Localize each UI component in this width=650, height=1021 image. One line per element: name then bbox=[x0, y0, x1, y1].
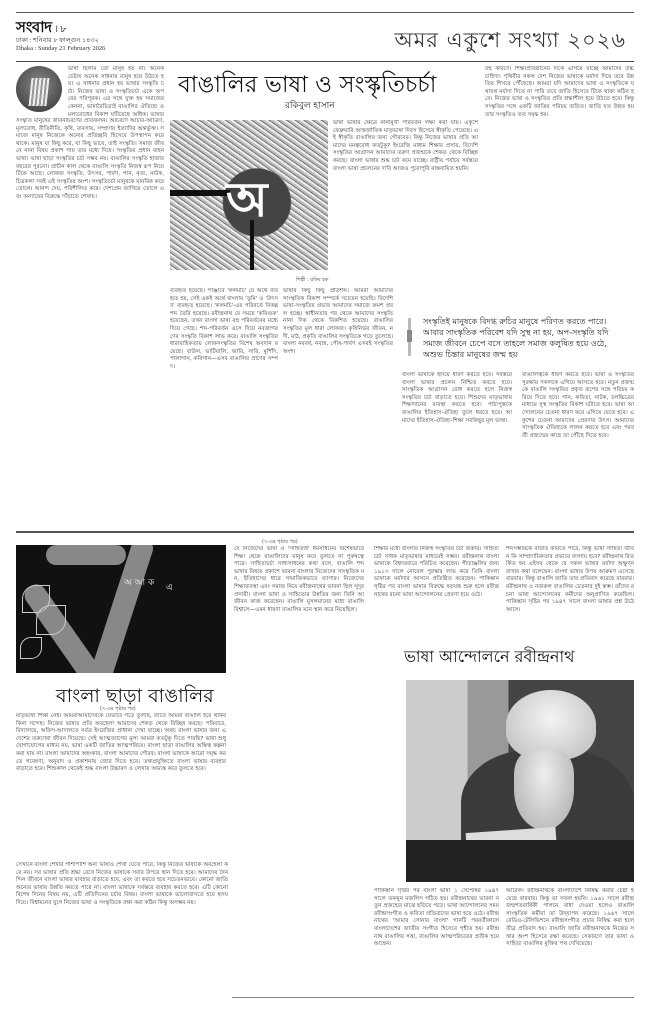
date-english: Dhaka : Sunday 21 February 2026 bbox=[16, 45, 105, 53]
article3-column-1: যে নিজেদের ভাষা ও 'সাহিত্যই' ধর্মসাধনের … bbox=[234, 546, 364, 992]
article2-column-1-continued: সেখানে বাংলা শেখার পাশাপাশি অন্য ভাষাও শ… bbox=[16, 862, 228, 992]
bengali-letters-icon: এ bbox=[166, 580, 173, 595]
photo-beard bbox=[514, 750, 574, 830]
date-bangla: ঢাকা : শনিবার ৮ ফাল্গুন ১৪৩২ bbox=[16, 37, 105, 45]
leaf-ornament-icon bbox=[20, 637, 42, 659]
article1-column-2: ব্যবহৃত হয়েছে। পাঞ্জাবে 'কলমচি' যে অর্থ… bbox=[170, 288, 278, 513]
article1-intro: ভাষা ছিলাম তো মানুষ হয় না। অনেক চেষ্টায… bbox=[68, 66, 164, 116]
bottom-rule bbox=[232, 997, 634, 998]
article1-column-1: সংস্কৃতি মানুষের জীবনাচরণের প্রতিফলন। আচ… bbox=[16, 118, 164, 513]
brush-stroke bbox=[170, 190, 230, 196]
grey-band bbox=[46, 545, 126, 565]
article1-illustration: অ bbox=[170, 120, 328, 270]
illustration-caption: শিল্পী : রকিব হক bbox=[296, 277, 328, 285]
article2-illustration: অ আ ক এ bbox=[16, 545, 226, 673]
article1-column-3: ভাষার কিছু কিছু প্রতিশব্দ। আমরা আমাদের স… bbox=[283, 288, 393, 513]
tagore-photo bbox=[406, 680, 634, 882]
article3-column-3: শব্দসম্ভারকে বর্জিত করিতে পারে, কিন্তু ভ… bbox=[506, 546, 634, 628]
masthead: সংবাদ। ৮ ঢাকা : শনিবার ৮ ফাল্গুন ১৪৩২ Dh… bbox=[16, 12, 634, 62]
pull-quote: সংস্কৃতিই মানুষকে বিদগ্ধ রুচির মানুষে পর… bbox=[423, 316, 628, 360]
pull-quote-marker bbox=[408, 318, 411, 356]
dateline: ঢাকা : শনিবার ৮ ফাল্গুন ১৪৩২ Dhaka : Sun… bbox=[16, 37, 105, 53]
article1-column-7: বাঙালিত্বকে ধারণ করতে হবে। ভাষা ও সংস্কৃ… bbox=[522, 372, 634, 512]
article1-byline: রকিবুল হাসান bbox=[285, 98, 335, 113]
article1-column-5: বহু কারণে। শিক্ষাপ্রতিষ্ঠানের দিকে এগিয়… bbox=[485, 66, 634, 311]
page-number: । ৮ bbox=[54, 24, 66, 35]
article2-column-1: মাতৃভাষা শিক্ষা নেই। আমরাআমাদেরকে যেভাবে… bbox=[16, 713, 226, 863]
shaheed-minar-icon bbox=[29, 78, 50, 106]
leaf-ornament-icon bbox=[36, 605, 66, 635]
article1-column-6: বাংলা ভাষাকে হৃদয়ে ধারণ করতে হবে। সর্বস… bbox=[402, 372, 512, 512]
article1-column-4: ভাষা ভাষার ক্ষেত্রে নানামুখী পরিবর্তন লক… bbox=[333, 120, 478, 310]
article3-headline[interactable]: ভাষা আন্দোলনে রবীন্দ্রনাথ bbox=[404, 644, 574, 671]
bengali-letter-a-icon: অ bbox=[226, 164, 268, 243]
article3-column-5: আরেক। রবীন্দ্রনাথকে বাংলাদেশে নিষিদ্ধ কর… bbox=[506, 888, 634, 992]
bengali-letters-icon: অ আ ক bbox=[124, 575, 154, 590]
article3-column-4: পাকিস্তান সৃষ্টির পর বাংলা ভাষা ১ সেপ্টে… bbox=[374, 888, 499, 992]
article3-column-2: শিক্ষার মধ্যে বাংলার নিজস্ব সংস্কৃতির চর… bbox=[374, 546, 499, 628]
monument-thumbnail bbox=[16, 66, 62, 112]
section-divider bbox=[16, 531, 634, 533]
photo-desk bbox=[406, 840, 634, 882]
brush-stroke-vertical bbox=[250, 220, 254, 270]
issue-title: অমর একুশে সংখ্যা ২০২৬ bbox=[395, 24, 626, 59]
